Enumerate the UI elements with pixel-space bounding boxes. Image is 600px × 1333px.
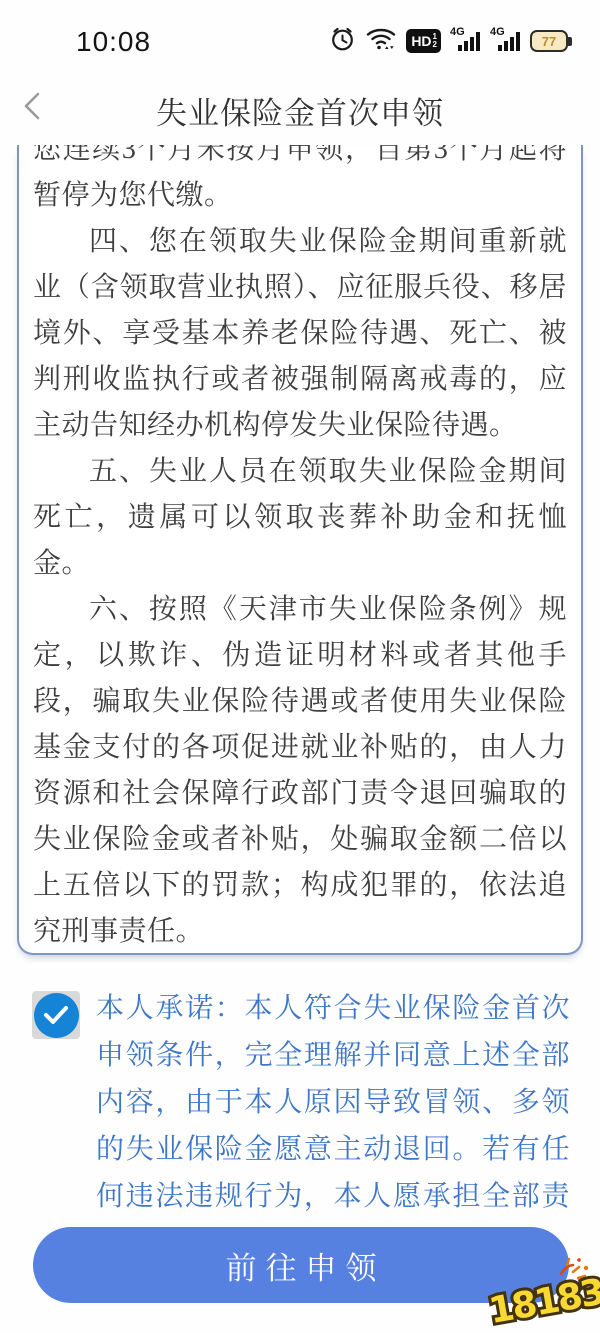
notice-box[interactable]: 您连续3个月未按月申领，自第3个月起将暂停为您代缴。 四、您在领取失业保险金期间… xyxy=(17,145,583,955)
wifi-icon xyxy=(365,25,397,57)
notice-paragraph: 您连续3个月未按月申领，自第3个月起将暂停为您代缴。 xyxy=(33,145,567,219)
status-bar: 10:08 HD xyxy=(0,20,600,62)
checkbox-circle xyxy=(34,993,79,1038)
signal-4g-icon-1: 4G xyxy=(450,25,481,58)
notice-paragraph: 六、按照《天津市失业保险条例》规定，以欺诈、伪造证明材料或者其他手段，骗取失业保… xyxy=(33,587,567,955)
notice-paragraph: 四、您在领取失业保险金期间重新就业（含领取营业执照）、应征服兵役、移居境外、享受… xyxy=(33,219,567,449)
status-icons: HD 1 2 4G 4G xyxy=(329,24,568,58)
alarm-icon xyxy=(329,25,356,57)
notice-paragraph: 五、失业人员在领取失业保险金期间死亡，遗属可以领取丧葬补助金和抚恤金。 xyxy=(33,449,567,587)
submit-button[interactable]: 前往申领 xyxy=(33,1227,569,1303)
battery-percent: 77 xyxy=(542,35,556,48)
page: 10:08 HD xyxy=(0,0,600,1333)
signal-4g-icon-2: 4G xyxy=(490,25,521,58)
checkmark-icon xyxy=(43,1004,69,1026)
notice-text: 您连续3个月未按月申领，自第3个月起将暂停为您代缴。 四、您在领取失业保险金期间… xyxy=(33,145,567,955)
battery-icon: 77 xyxy=(530,30,568,52)
status-time: 10:08 xyxy=(76,26,151,58)
svg-text:4G: 4G xyxy=(450,26,465,38)
agreement-text: 本人承诺：本人符合失业保险金首次申领条件，完全理解并同意上述全部内容，由于本人原… xyxy=(96,985,570,1267)
agreement-checkbox[interactable] xyxy=(32,991,80,1039)
page-title: 失业保险金首次申领 xyxy=(0,88,600,133)
hd-volte-icon: HD 1 2 xyxy=(406,29,441,53)
svg-text:4G: 4G xyxy=(490,26,505,38)
nav-bar: 失业保险金首次申领 xyxy=(0,82,600,132)
agreement-row: 本人承诺：本人符合失业保险金首次申领条件，完全理解并同意上述全部内容，由于本人原… xyxy=(32,985,570,1267)
